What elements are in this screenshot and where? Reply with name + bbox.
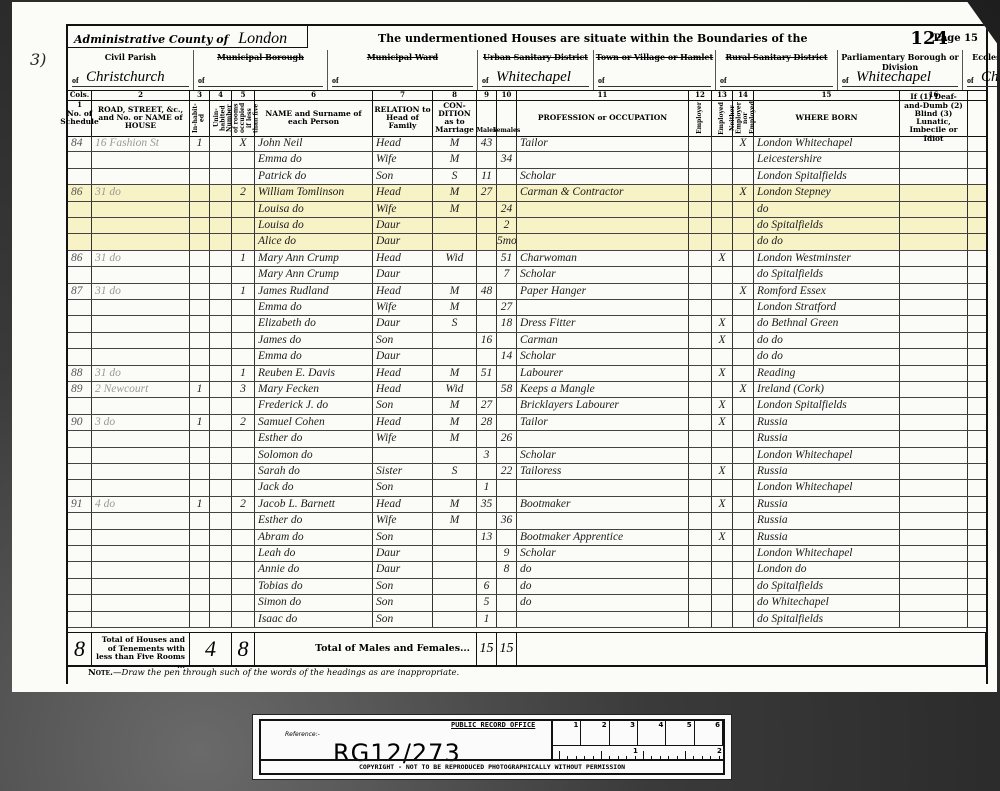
cell-female: 8 xyxy=(497,562,517,577)
cell-address xyxy=(92,513,190,528)
cell-relation: Head xyxy=(373,382,433,397)
cell-occupation: Charwoman xyxy=(517,251,689,266)
cell-female xyxy=(497,497,517,512)
cell-rooms: 1 xyxy=(232,366,255,381)
cell-name: Frederick J. do xyxy=(255,398,373,413)
cell-uninhab xyxy=(210,267,232,282)
cell-name: William Tomlinson xyxy=(255,185,373,200)
cell-schedule xyxy=(68,349,92,364)
cell-address: 16 Fashion St xyxy=(92,136,190,151)
cell-address xyxy=(92,218,190,233)
cell-neither xyxy=(733,202,754,217)
cell-relation: Wife xyxy=(373,300,433,315)
cell-inhab xyxy=(190,366,210,381)
cell-address xyxy=(92,562,190,577)
cell-neither xyxy=(733,579,754,594)
district-field: Ecclesiastical Parish or DistrictofChris… xyxy=(963,50,1000,90)
column-header-text: PROFESSION or OCCUPATION xyxy=(538,114,667,122)
column-header-infirmity: If (1) Deaf-and-Dumb (2) Blind (3) Lunat… xyxy=(900,100,968,136)
cell-occupation xyxy=(517,513,689,528)
cell-neither xyxy=(733,251,754,266)
cell-employed xyxy=(712,546,733,561)
of-label: of xyxy=(967,76,974,85)
column-number: 3 xyxy=(190,90,210,100)
district-value: of xyxy=(720,86,833,87)
column-number: 15 xyxy=(754,90,900,100)
cell-employer xyxy=(689,398,712,413)
of-label: of xyxy=(598,76,605,85)
admin-county-value: London xyxy=(238,30,287,47)
column-number: 4 xyxy=(210,90,232,100)
cell-rooms xyxy=(232,431,255,446)
cell-address xyxy=(92,431,190,446)
cell-schedule xyxy=(68,267,92,282)
cell-neither: X xyxy=(733,382,754,397)
column-header-text: NAME and Surname of each Person xyxy=(256,110,371,127)
cell-relation: Wife xyxy=(373,431,433,446)
cell-condition xyxy=(433,546,477,561)
cell-name: Mary Fecken xyxy=(255,382,373,397)
cell-employed xyxy=(712,431,733,446)
cell-infirmity xyxy=(900,202,968,217)
district-value: of xyxy=(598,86,711,87)
cell-infirmity xyxy=(900,382,968,397)
cell-schedule xyxy=(68,431,92,446)
cell-occupation xyxy=(517,612,689,627)
cell-born: Reading xyxy=(754,366,900,381)
cell-occupation: Paper Hanger xyxy=(517,284,689,299)
cell-uninhab xyxy=(210,513,232,528)
cell-occupation xyxy=(517,202,689,217)
cell-rooms: 1 xyxy=(232,251,255,266)
cell-schedule xyxy=(68,546,92,561)
cell-relation: Head xyxy=(373,366,433,381)
of-label: of xyxy=(332,76,339,85)
ruler-cm-mark: 2 xyxy=(581,721,609,745)
district-label: Municipal Ward xyxy=(328,52,477,62)
cell-name: James Rudland xyxy=(255,284,373,299)
table-row: Alice doDaur5modo do xyxy=(68,234,986,250)
cell-address xyxy=(92,579,190,594)
cell-employer xyxy=(689,464,712,479)
table-row: Abram doSon13Bootmaker ApprenticeXRussia xyxy=(68,530,986,546)
cell-rooms xyxy=(232,562,255,577)
cell-schedule xyxy=(68,513,92,528)
cell-employed: X xyxy=(712,497,733,512)
cell-neither: X xyxy=(733,136,754,151)
column-header-name: NAME and Surname of each Person xyxy=(255,100,373,136)
cell-born: do Whitechapel xyxy=(754,595,900,610)
cell-male: 11 xyxy=(477,169,497,184)
cell-address: 31 do xyxy=(92,251,190,266)
cell-condition: M xyxy=(433,497,477,512)
table-row: Louisa doDaur2do Spitalfields xyxy=(68,218,986,234)
column-number: 10 xyxy=(497,90,517,100)
cell-name: Esther do xyxy=(255,513,373,528)
district-value: of xyxy=(198,86,323,87)
column-number: 6 xyxy=(255,90,373,100)
cell-condition: M xyxy=(433,152,477,167)
column-number: 8 xyxy=(433,90,477,100)
cell-name: Sarah do xyxy=(255,464,373,479)
cell-occupation: Scholar xyxy=(517,169,689,184)
cell-inhab xyxy=(190,251,210,266)
cell-inhab: 1 xyxy=(190,382,210,397)
cell-neither xyxy=(733,497,754,512)
cell-relation: Head xyxy=(373,497,433,512)
cell-occupation xyxy=(517,218,689,233)
cell-schedule: 87 xyxy=(68,284,92,299)
cell-address: 2 Newcourt xyxy=(92,382,190,397)
cell-address: 31 do xyxy=(92,366,190,381)
cell-condition: M xyxy=(433,300,477,315)
cell-name: Annie do xyxy=(255,562,373,577)
cell-occupation: do xyxy=(517,595,689,610)
column-header-neither: Neither Employer nor Employed xyxy=(733,100,754,136)
column-header-text: ROAD, STREET, &c., and No. or NAME of HO… xyxy=(93,106,188,131)
column-number: 12 xyxy=(689,90,712,100)
cell-employer xyxy=(689,136,712,151)
cell-infirmity xyxy=(900,185,968,200)
cell-born: Russia xyxy=(754,513,900,528)
cell-male: 35 xyxy=(477,497,497,512)
cell-female: 9 xyxy=(497,546,517,561)
district-field: Civil ParishofChristchurch xyxy=(68,50,194,90)
total-females: 15 xyxy=(497,633,517,665)
cell-schedule: 88 xyxy=(68,366,92,381)
column-header-text: Employed xyxy=(719,102,726,135)
cell-employed xyxy=(712,382,733,397)
cell-neither xyxy=(733,431,754,446)
cell-name: Patrick do xyxy=(255,169,373,184)
cell-female: 36 xyxy=(497,513,517,528)
cell-female: 26 xyxy=(497,431,517,446)
total-houses-label: Total of Houses and of Tenements with le… xyxy=(92,633,190,665)
cell-neither: X xyxy=(733,185,754,200)
cell-born: do xyxy=(754,202,900,217)
cell-male: 43 xyxy=(477,136,497,151)
cell-neither xyxy=(733,234,754,249)
cell-address xyxy=(92,349,190,364)
of-label: of xyxy=(198,76,205,85)
cell-condition xyxy=(433,595,477,610)
cell-rooms xyxy=(232,480,255,495)
cell-address xyxy=(92,234,190,249)
cell-infirmity xyxy=(900,251,968,266)
cell-employed xyxy=(712,612,733,627)
cell-female xyxy=(497,612,517,627)
column-number: 11 xyxy=(517,90,689,100)
total-schedules: 8 xyxy=(68,633,92,665)
table-row: Solomon do3ScholarLondon Whitechapel xyxy=(68,448,986,464)
cell-employer xyxy=(689,480,712,495)
cell-condition: M xyxy=(433,284,477,299)
cell-female: 22 xyxy=(497,464,517,479)
cell-occupation: Labourer xyxy=(517,366,689,381)
cell-occupation: Bricklayers Labourer xyxy=(517,398,689,413)
total-tenements: 8 xyxy=(232,633,255,665)
cell-condition: M xyxy=(433,202,477,217)
cell-born: do Spitalfields xyxy=(754,267,900,282)
cell-relation: Son xyxy=(373,530,433,545)
cell-condition: S xyxy=(433,169,477,184)
cell-address xyxy=(92,448,190,463)
cell-female: 24 xyxy=(497,202,517,217)
cell-rooms xyxy=(232,333,255,348)
cell-born: do Spitalfields xyxy=(754,579,900,594)
cell-condition xyxy=(433,480,477,495)
cell-occupation xyxy=(517,234,689,249)
cell-occupation: Scholar xyxy=(517,349,689,364)
cell-neither xyxy=(733,300,754,315)
cell-neither xyxy=(733,530,754,545)
cell-infirmity xyxy=(900,333,968,348)
cell-schedule xyxy=(68,612,92,627)
cell-name: Louisa do xyxy=(255,202,373,217)
cell-employed xyxy=(712,349,733,364)
column-header-schedule: No. of Schedule xyxy=(68,100,92,136)
district-value-text: Whitechapel xyxy=(496,69,571,85)
column-header-rooms: Number of rooms occupied if less than fi… xyxy=(232,100,255,136)
cell-address xyxy=(92,464,190,479)
cell-employer xyxy=(689,234,712,249)
table-row: 8416 Fashion St1XJohn NeilHeadM43TailorX… xyxy=(68,136,986,152)
cell-address xyxy=(92,333,190,348)
cell-infirmity xyxy=(900,218,968,233)
cell-condition xyxy=(433,530,477,545)
cell-inhab xyxy=(190,300,210,315)
of-label: of xyxy=(842,76,849,85)
record-office-name: PUBLIC RECORD OFFICE xyxy=(451,721,535,729)
cell-relation: Daur xyxy=(373,316,433,331)
cell-born: London Stratford xyxy=(754,300,900,315)
cell-rooms xyxy=(232,448,255,463)
district-value: ofChristchurch xyxy=(72,69,189,87)
cell-uninhab xyxy=(210,595,232,610)
cell-male: 51 xyxy=(477,366,497,381)
cell-rooms xyxy=(232,202,255,217)
cell-condition: M xyxy=(433,431,477,446)
cell-name: Solomon do xyxy=(255,448,373,463)
cell-employed: X xyxy=(712,251,733,266)
cell-rooms xyxy=(232,316,255,331)
cell-name: Mary Ann Crump xyxy=(255,251,373,266)
table-row: Emma doWifeM27London Stratford xyxy=(68,300,986,316)
cell-rooms xyxy=(232,513,255,528)
cell-infirmity xyxy=(900,284,968,299)
cell-relation: Daur xyxy=(373,218,433,233)
cell-address: 31 do xyxy=(92,185,190,200)
cell-employed: X xyxy=(712,530,733,545)
table-row: Louisa doWifeM24do xyxy=(68,202,986,218)
cell-female xyxy=(497,415,517,430)
cell-infirmity xyxy=(900,349,968,364)
totals-row: 8Total of Houses and of Tenements with l… xyxy=(68,632,986,667)
cell-relation: Daur xyxy=(373,267,433,282)
cell-employer xyxy=(689,415,712,430)
table-row: Simon doSon5dodo Whitechapel xyxy=(68,595,986,611)
cell-female: 34 xyxy=(497,152,517,167)
cell-inhab xyxy=(190,448,210,463)
table-row: Esther doWifeM26Russia xyxy=(68,431,986,447)
cell-infirmity xyxy=(900,398,968,413)
column-number: 14 xyxy=(733,90,754,100)
cell-relation: Head xyxy=(373,185,433,200)
cell-male xyxy=(477,234,497,249)
cell-rooms xyxy=(232,595,255,610)
cell-female xyxy=(497,284,517,299)
column-headers: No. of ScheduleROAD, STREET, &c., and No… xyxy=(68,100,986,137)
cell-employed: X xyxy=(712,366,733,381)
cell-male xyxy=(477,382,497,397)
table-row: 892 Newcourt13Mary FeckenHeadWid58Keeps … xyxy=(68,382,986,398)
cell-schedule xyxy=(68,218,92,233)
ruler-cm-mark: 4 xyxy=(638,721,666,745)
table-row: Elizabeth doDaurS18Dress FitterXdo Bethn… xyxy=(68,316,986,332)
cell-employer xyxy=(689,366,712,381)
cell-inhab xyxy=(190,480,210,495)
cell-born: do Spitalfields xyxy=(754,218,900,233)
form-note: Note.—Draw the pen through such of the w… xyxy=(88,668,459,678)
cell-inhab xyxy=(190,169,210,184)
cell-occupation: do xyxy=(517,562,689,577)
cell-uninhab xyxy=(210,333,232,348)
cell-neither xyxy=(733,612,754,627)
cell-male: 48 xyxy=(477,284,497,299)
cell-employer xyxy=(689,300,712,315)
column-header-occupation: PROFESSION or OCCUPATION xyxy=(517,100,689,136)
cell-born: Russia xyxy=(754,431,900,446)
cell-rooms xyxy=(232,169,255,184)
cell-male: 13 xyxy=(477,530,497,545)
cell-infirmity xyxy=(900,612,968,627)
cell-infirmity xyxy=(900,579,968,594)
cell-name: Abram do xyxy=(255,530,373,545)
cell-employer xyxy=(689,316,712,331)
cell-employer xyxy=(689,546,712,561)
cell-relation: Son xyxy=(373,333,433,348)
cell-male: 27 xyxy=(477,185,497,200)
district-label: Town or Village or Hamlet xyxy=(594,52,715,62)
cell-address xyxy=(92,300,190,315)
cell-infirmity xyxy=(900,513,968,528)
cell-name: Elizabeth do xyxy=(255,316,373,331)
administrative-county: Administrative County of London xyxy=(68,26,308,48)
archive-reference-label: Reference:- PUBLIC RECORD OFFICE RG12/27… xyxy=(252,714,732,780)
cell-address: 31 do xyxy=(92,284,190,299)
column-header-females: Females xyxy=(497,100,517,136)
cell-born: do do xyxy=(754,234,900,249)
cell-employed xyxy=(712,480,733,495)
cell-rooms xyxy=(232,530,255,545)
cell-employer xyxy=(689,382,712,397)
cell-inhab: 1 xyxy=(190,415,210,430)
cell-neither xyxy=(733,398,754,413)
cell-name: Samuel Cohen xyxy=(255,415,373,430)
cell-born: do do xyxy=(754,333,900,348)
total-persons-label: Total of Males and Females... xyxy=(255,633,477,665)
district-field: Parliamentary Borough or DivisionofWhite… xyxy=(838,50,963,90)
district-label: Municipal Borough xyxy=(194,52,327,62)
cell-relation: Head xyxy=(373,284,433,299)
cell-inhab xyxy=(190,202,210,217)
cell-relation: Son xyxy=(373,480,433,495)
cell-condition xyxy=(433,267,477,282)
table-row: Frederick J. doSonM27Bricklayers Laboure… xyxy=(68,398,986,414)
cell-uninhab xyxy=(210,431,232,446)
district-field: Municipal Wardof xyxy=(328,50,478,90)
cell-uninhab xyxy=(210,136,232,151)
cell-name: Jack do xyxy=(255,480,373,495)
cell-uninhab xyxy=(210,185,232,200)
cell-male xyxy=(477,431,497,446)
cell-schedule: 90 xyxy=(68,415,92,430)
cell-neither xyxy=(733,415,754,430)
cell-neither xyxy=(733,218,754,233)
cell-condition xyxy=(433,612,477,627)
table-row: 8831 do1Reuben E. DavisHeadM51LabourerXR… xyxy=(68,366,986,382)
cell-name: Jacob L. Barnett xyxy=(255,497,373,512)
cell-relation: Daur xyxy=(373,349,433,364)
cell-uninhab xyxy=(210,218,232,233)
cell-employed xyxy=(712,513,733,528)
column-header-text: WHERE BORN xyxy=(796,114,858,122)
cell-infirmity xyxy=(900,415,968,430)
cell-relation: Son xyxy=(373,579,433,594)
cell-rooms xyxy=(232,612,255,627)
ruler-inch-mark: 2 xyxy=(717,747,722,755)
cell-address xyxy=(92,595,190,610)
cell-schedule xyxy=(68,152,92,167)
cell-born: London Westminster xyxy=(754,251,900,266)
cell-employer xyxy=(689,431,712,446)
cell-female: 7 xyxy=(497,267,517,282)
cell-born: London do xyxy=(754,562,900,577)
table-row: 903 do12Samuel CohenHeadM28TailorXRussia xyxy=(68,415,986,431)
cell-address xyxy=(92,612,190,627)
cell-employer xyxy=(689,284,712,299)
cell-neither xyxy=(733,333,754,348)
cell-employer xyxy=(689,349,712,364)
cell-occupation: Keeps a Mangle xyxy=(517,382,689,397)
cell-born: Russia xyxy=(754,415,900,430)
cell-female xyxy=(497,333,517,348)
cell-male xyxy=(477,316,497,331)
cell-born: London Whitechapel xyxy=(754,546,900,561)
cell-uninhab xyxy=(210,448,232,463)
cell-relation: Son xyxy=(373,398,433,413)
cell-male xyxy=(477,349,497,364)
cell-relation: Son xyxy=(373,612,433,627)
cell-born: London Spitalfields xyxy=(754,169,900,184)
cell-address: 4 do xyxy=(92,497,190,512)
cell-female: 5mo xyxy=(497,234,517,249)
cell-schedule xyxy=(68,579,92,594)
column-header-employer: Employer xyxy=(689,100,712,136)
cell-neither xyxy=(733,349,754,364)
cell-employed: X xyxy=(712,316,733,331)
cell-name: John Neil xyxy=(255,136,373,151)
cell-male xyxy=(477,267,497,282)
cell-occupation: Carman xyxy=(517,333,689,348)
cell-schedule xyxy=(68,562,92,577)
totals-blank xyxy=(517,633,986,665)
cell-condition xyxy=(433,234,477,249)
cell-rooms xyxy=(232,398,255,413)
reference-label: Reference:- xyxy=(285,731,320,738)
column-number: 2 xyxy=(92,90,190,100)
cell-rooms: X xyxy=(232,136,255,151)
